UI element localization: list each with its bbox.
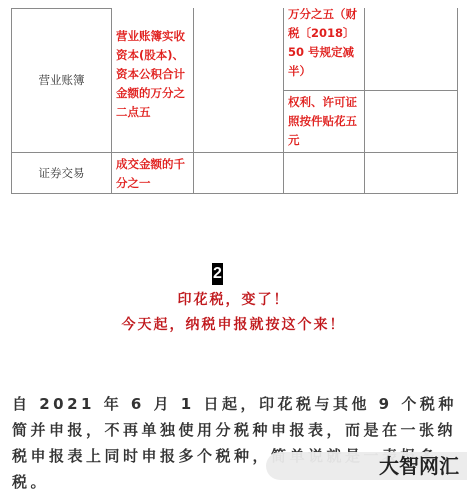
table-divider — [193, 8, 194, 194]
watermark: 大智网汇 — [266, 452, 467, 480]
table-row-divider — [11, 152, 458, 153]
table-divider — [111, 8, 112, 194]
table-border-top — [11, 8, 112, 9]
section-title-line1: 印花税，变了！ — [0, 289, 467, 309]
table-divider — [364, 8, 365, 194]
section-title-line2: 今天起，纳税申报就按这个来！ — [0, 314, 467, 334]
table-cell-rate: 营业账簿实收资本(股本)、资本公积合计金额的万分之二点五 — [116, 27, 191, 122]
section-number: 2 — [212, 263, 223, 285]
table-border-right — [457, 8, 458, 194]
table-cell-item: 营业账簿 — [12, 71, 111, 90]
table-cell-rate: 成交金额的千分之一 — [116, 155, 191, 193]
table-divider — [283, 8, 284, 194]
table-cell-item: 证券交易 — [12, 164, 111, 183]
table-row-divider — [283, 90, 458, 91]
table-cell-note: 万分之五（财税〔2018〕50 号规定减半） — [288, 5, 362, 81]
table-cell-note: 权利、许可证照按件贴花五元 — [288, 93, 362, 150]
watermark-text: 大智网汇 — [379, 452, 459, 480]
table-border-bottom — [11, 193, 458, 194]
